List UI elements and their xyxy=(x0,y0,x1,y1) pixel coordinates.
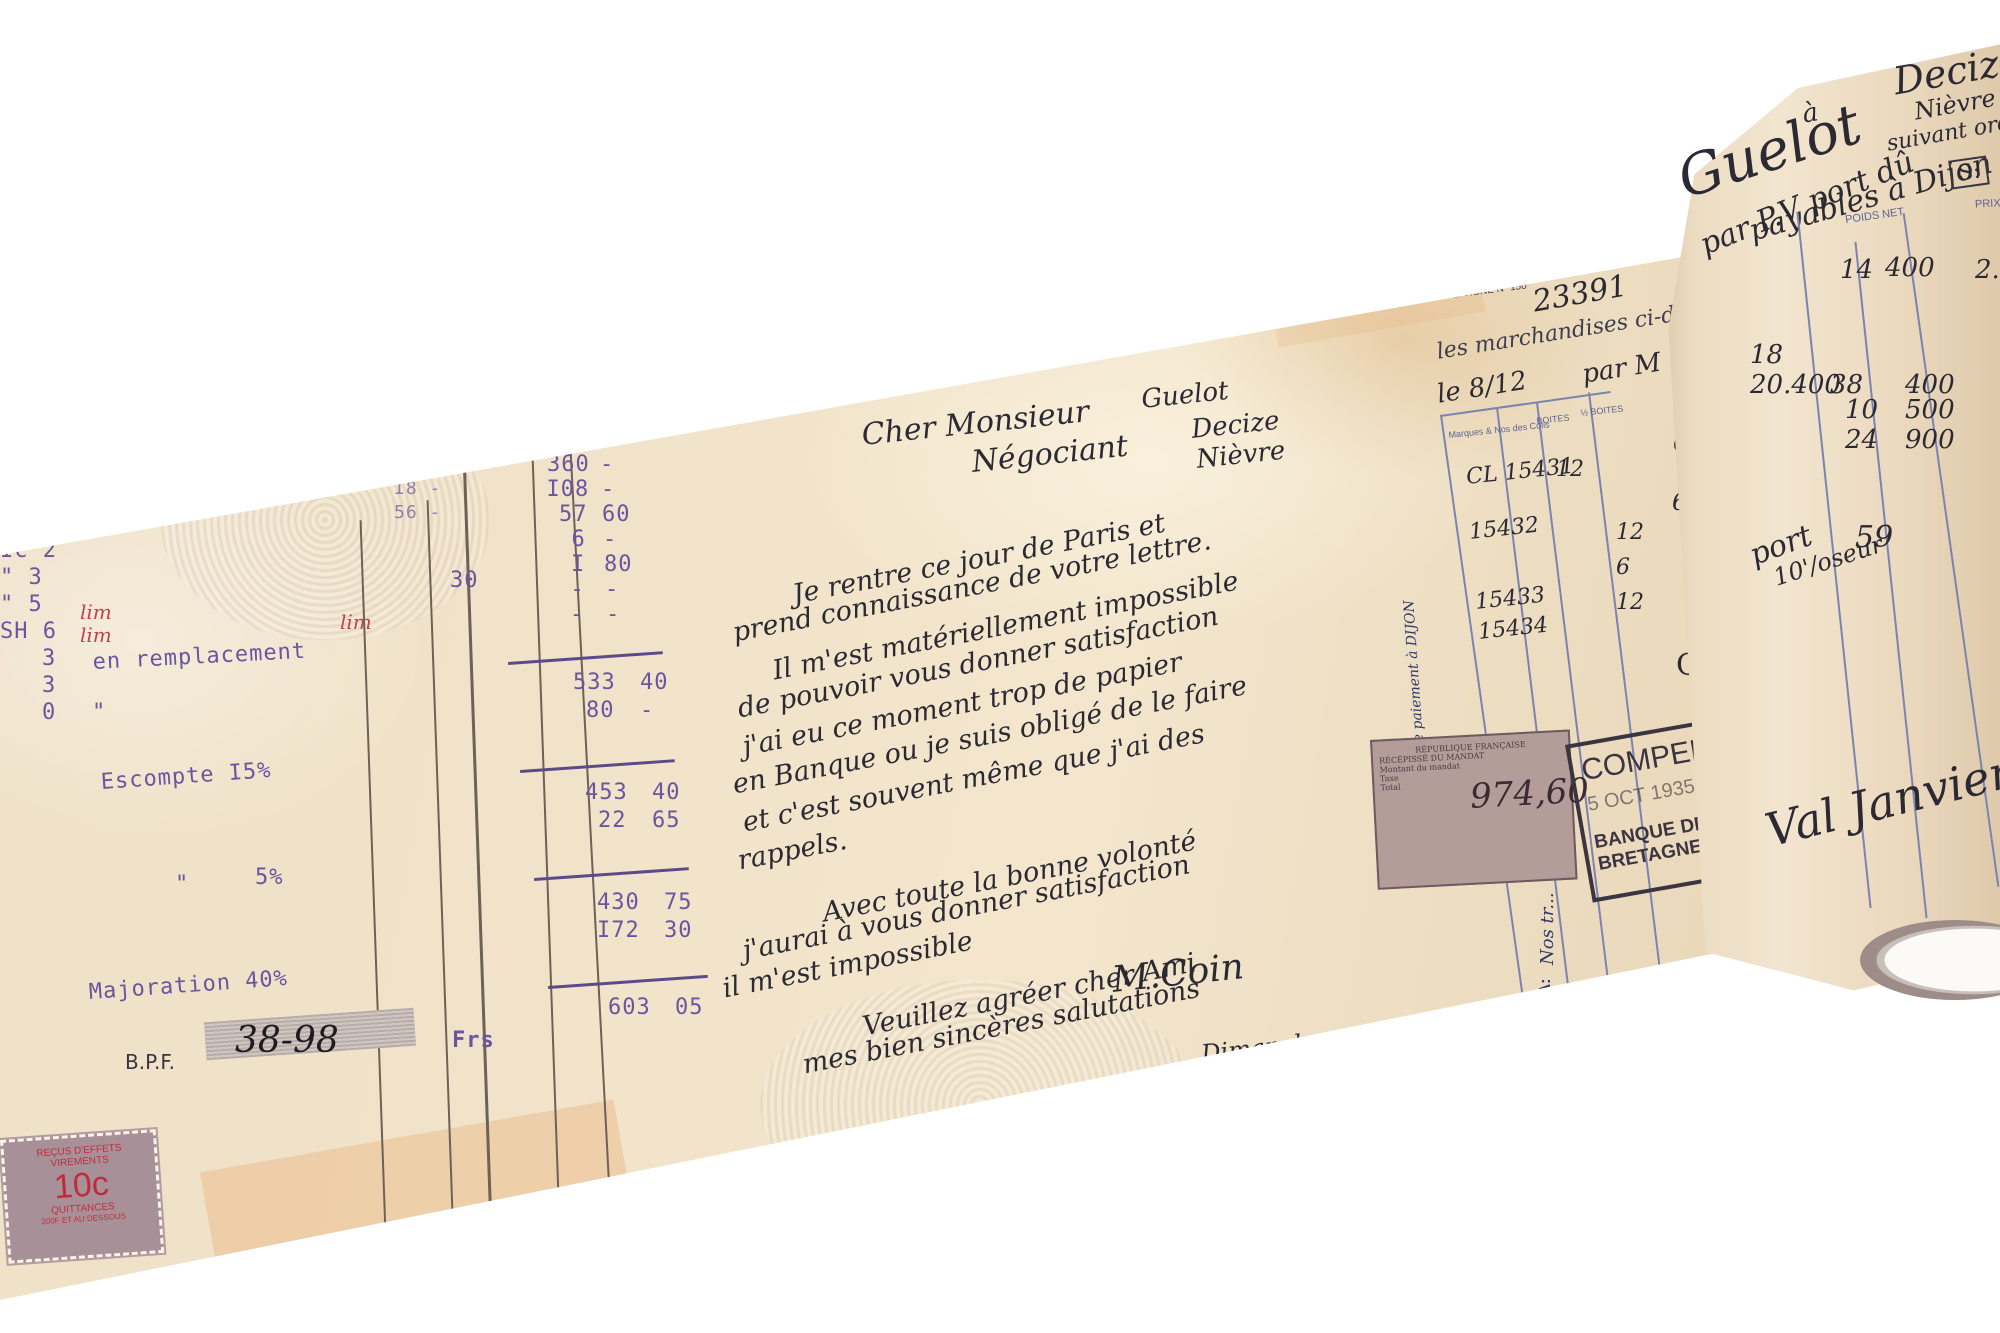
escompte-small: 5% xyxy=(255,865,284,890)
table-half-boites: 6 xyxy=(1616,555,1630,580)
nota-text: Nos tr... xyxy=(1537,892,1558,965)
amount-francs: - xyxy=(571,577,585,602)
roll-port-value: 59 xyxy=(1855,520,1893,555)
tape-roll: Guelot à Decize Nièvre par P.V port dû s… xyxy=(1650,40,2000,1000)
amount-francs: I xyxy=(571,552,585,577)
subtotal-francs: I72 xyxy=(597,918,640,943)
amount-francs: 360 xyxy=(547,452,590,477)
table-boites: 12 xyxy=(1556,457,1584,482)
total-francs: 603 xyxy=(608,995,651,1020)
bpf-value: 38-98 xyxy=(235,1020,339,1061)
subtotal-cents: 40 xyxy=(652,780,681,805)
subtotal-cents: 65 xyxy=(652,808,681,833)
subtotal-francs: 533 xyxy=(573,670,616,695)
subtotal-francs: 22 xyxy=(598,808,627,833)
currency-label: Frs xyxy=(452,1028,495,1053)
roll-prix: 900 xyxy=(1905,425,1955,455)
amount-cents: - xyxy=(601,477,615,502)
roll-poids: 14 xyxy=(1840,255,1873,285)
roll-poids: 20.400 xyxy=(1750,370,1841,400)
roll-col-header: PRIX xyxy=(1975,197,2000,210)
amount-francs: 57 xyxy=(559,502,588,527)
subtotal-francs: 430 xyxy=(597,890,640,915)
amount-francs: 6 xyxy=(572,527,586,552)
subtotal-francs: 453 xyxy=(585,780,628,805)
photo-stage: Ic 2 " 3 " 5 SH 6 3 3 0 lim lim lim en r… xyxy=(0,0,2000,1333)
nota-label: NOTA: xyxy=(1537,979,1555,1028)
code-row: Ic 2 xyxy=(0,538,57,563)
doit-label: Doit xyxy=(1607,238,1654,263)
roll-prix: 2... xyxy=(1975,255,2000,285)
roll-s-box: S: xyxy=(1948,155,1990,189)
table-half-boites: 12 xyxy=(1616,520,1644,545)
col-value: 30 xyxy=(450,568,479,593)
table-half-boites: 12 xyxy=(1616,590,1644,615)
total-cents: 05 xyxy=(675,995,704,1020)
subtotal-cents: 75 xyxy=(664,890,693,915)
roll-poids-2: 24 xyxy=(1845,425,1878,455)
roll-poids-2: 10 xyxy=(1845,395,1878,425)
amount-francs: I08 xyxy=(547,477,590,502)
subtotal-francs: 80 xyxy=(586,698,615,723)
amount-cents: - xyxy=(605,577,619,602)
amount-cents: - xyxy=(603,527,617,552)
bpf-label: B.P.F. xyxy=(125,1050,175,1074)
revenue-stamp: REÇUS D'EFFETS VIREMENTS 10c QUITTANCES … xyxy=(0,1129,164,1264)
ditto-mark: " xyxy=(92,700,106,725)
code-row: 3 xyxy=(42,673,56,698)
amount-cents: 80 xyxy=(604,552,633,577)
red-note: lim xyxy=(80,600,112,624)
code-row: " 5 xyxy=(0,592,43,617)
amount-cents: - xyxy=(606,602,620,627)
roll-poids: 18 xyxy=(1750,340,1783,370)
subtotal-cents: 40 xyxy=(640,670,669,695)
code-row: " 3 xyxy=(0,565,43,590)
red-note: lim xyxy=(340,610,372,634)
amount-cents: - xyxy=(600,452,614,477)
subtotal-cents: 30 xyxy=(664,918,693,943)
amount-francs: - xyxy=(570,602,584,627)
red-note: lim xyxy=(80,623,112,647)
amount-cents: 60 xyxy=(602,502,631,527)
col-value: 56 - xyxy=(394,502,441,523)
roll-poids-2: 400 xyxy=(1885,253,1935,283)
code-row: 0 xyxy=(42,700,56,725)
col-value: I8 - xyxy=(394,478,441,499)
escompte-ditto: " xyxy=(175,872,189,897)
company-name: BISCUITS-PERNOT-DIJON xyxy=(1395,249,1566,284)
roll-prix: 500 xyxy=(1905,395,1955,425)
code-row: 3 xyxy=(42,646,56,671)
money-order-receipt: RÉPUBLIQUE FRANÇAISE RÉCÉPISSÉ DU MANDAT… xyxy=(1370,730,1578,890)
code-row: SH 6 xyxy=(0,619,57,644)
subtotal-cents: - xyxy=(640,698,654,723)
